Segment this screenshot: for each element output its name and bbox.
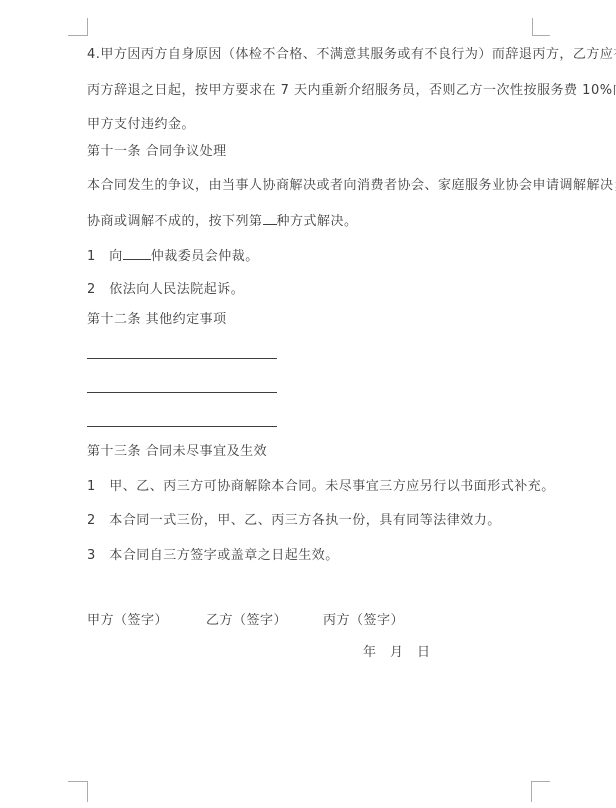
party-a-signature-label: 甲方（签字）: [87, 613, 168, 629]
article-11-heading: 第十一条 合同争议处理: [87, 144, 227, 160]
text-before-blank: 协商或调解不成的，按下列第: [87, 214, 263, 229]
document-page[interactable]: 4.甲方因丙方自身原因（体检不合格、不满意其服务或有不良行为）而辞退丙方，乙方应…: [0, 0, 616, 808]
blank-underline-3: [87, 413, 277, 427]
party-b-signature-label: 乙方（签字）: [206, 613, 287, 629]
date-line: 年 月 日: [363, 645, 431, 661]
article-11-body-line-2: 协商或调解不成的，按下列第种方式解决。: [87, 212, 358, 230]
article-13-item-1: 1 甲、乙、丙三方可协商解除本合同。未尽事宜三方应另行以书面形式补充。: [87, 479, 555, 495]
clause-4-line-2: 丙方辞退之日起，按甲方要求在 7 天内重新介绍服务员，否则乙方一次性按服务费 1…: [87, 83, 616, 99]
article-13-item-2: 2 本合同一式三份，甲、乙、丙三方各执一份，具有同等法律效力。: [87, 513, 501, 529]
fill-in-blank-method-number: [263, 212, 277, 225]
article-12-heading: 第十二条 其他约定事项: [87, 312, 227, 328]
text-boundary-mark-bottom-left-icon: [68, 781, 88, 802]
article-11-body-line-1: 本合同发生的争议，由当事人协商解决或者向消费者协会、家庭服务业协会申请调解解决；: [87, 178, 616, 194]
clause-4-line-3: 甲方支付违约金。: [87, 117, 195, 133]
blank-underline-1: [87, 345, 277, 359]
fill-in-blank-arbitration-committee: [123, 247, 151, 260]
text-boundary-mark-bottom-right-icon: [531, 781, 550, 802]
text-after-blank: 仲裁委员会仲裁。: [151, 249, 259, 264]
article-13-item-3: 3 本合同自三方签字或盖章之日起生效。: [87, 548, 339, 564]
text-before-blank: 1 向: [87, 249, 123, 264]
article-11-option-2: 2 依法向人民法院起诉。: [87, 282, 244, 298]
text-after-blank: 种方式解决。: [277, 214, 358, 229]
party-c-signature-label: 丙方（签字）: [323, 613, 404, 629]
article-13-heading: 第十三条 合同未尽事宜及生效: [87, 444, 267, 460]
clause-4-line-1: 4.甲方因丙方自身原因（体检不合格、不满意其服务或有不良行为）而辞退丙方，乙方应…: [87, 47, 616, 63]
text-boundary-mark-top-right-icon: [532, 18, 550, 36]
article-11-option-1: 1 向仲裁委员会仲裁。: [87, 247, 259, 265]
text-boundary-mark-top-left-icon: [68, 18, 88, 36]
blank-underline-2: [87, 379, 277, 393]
